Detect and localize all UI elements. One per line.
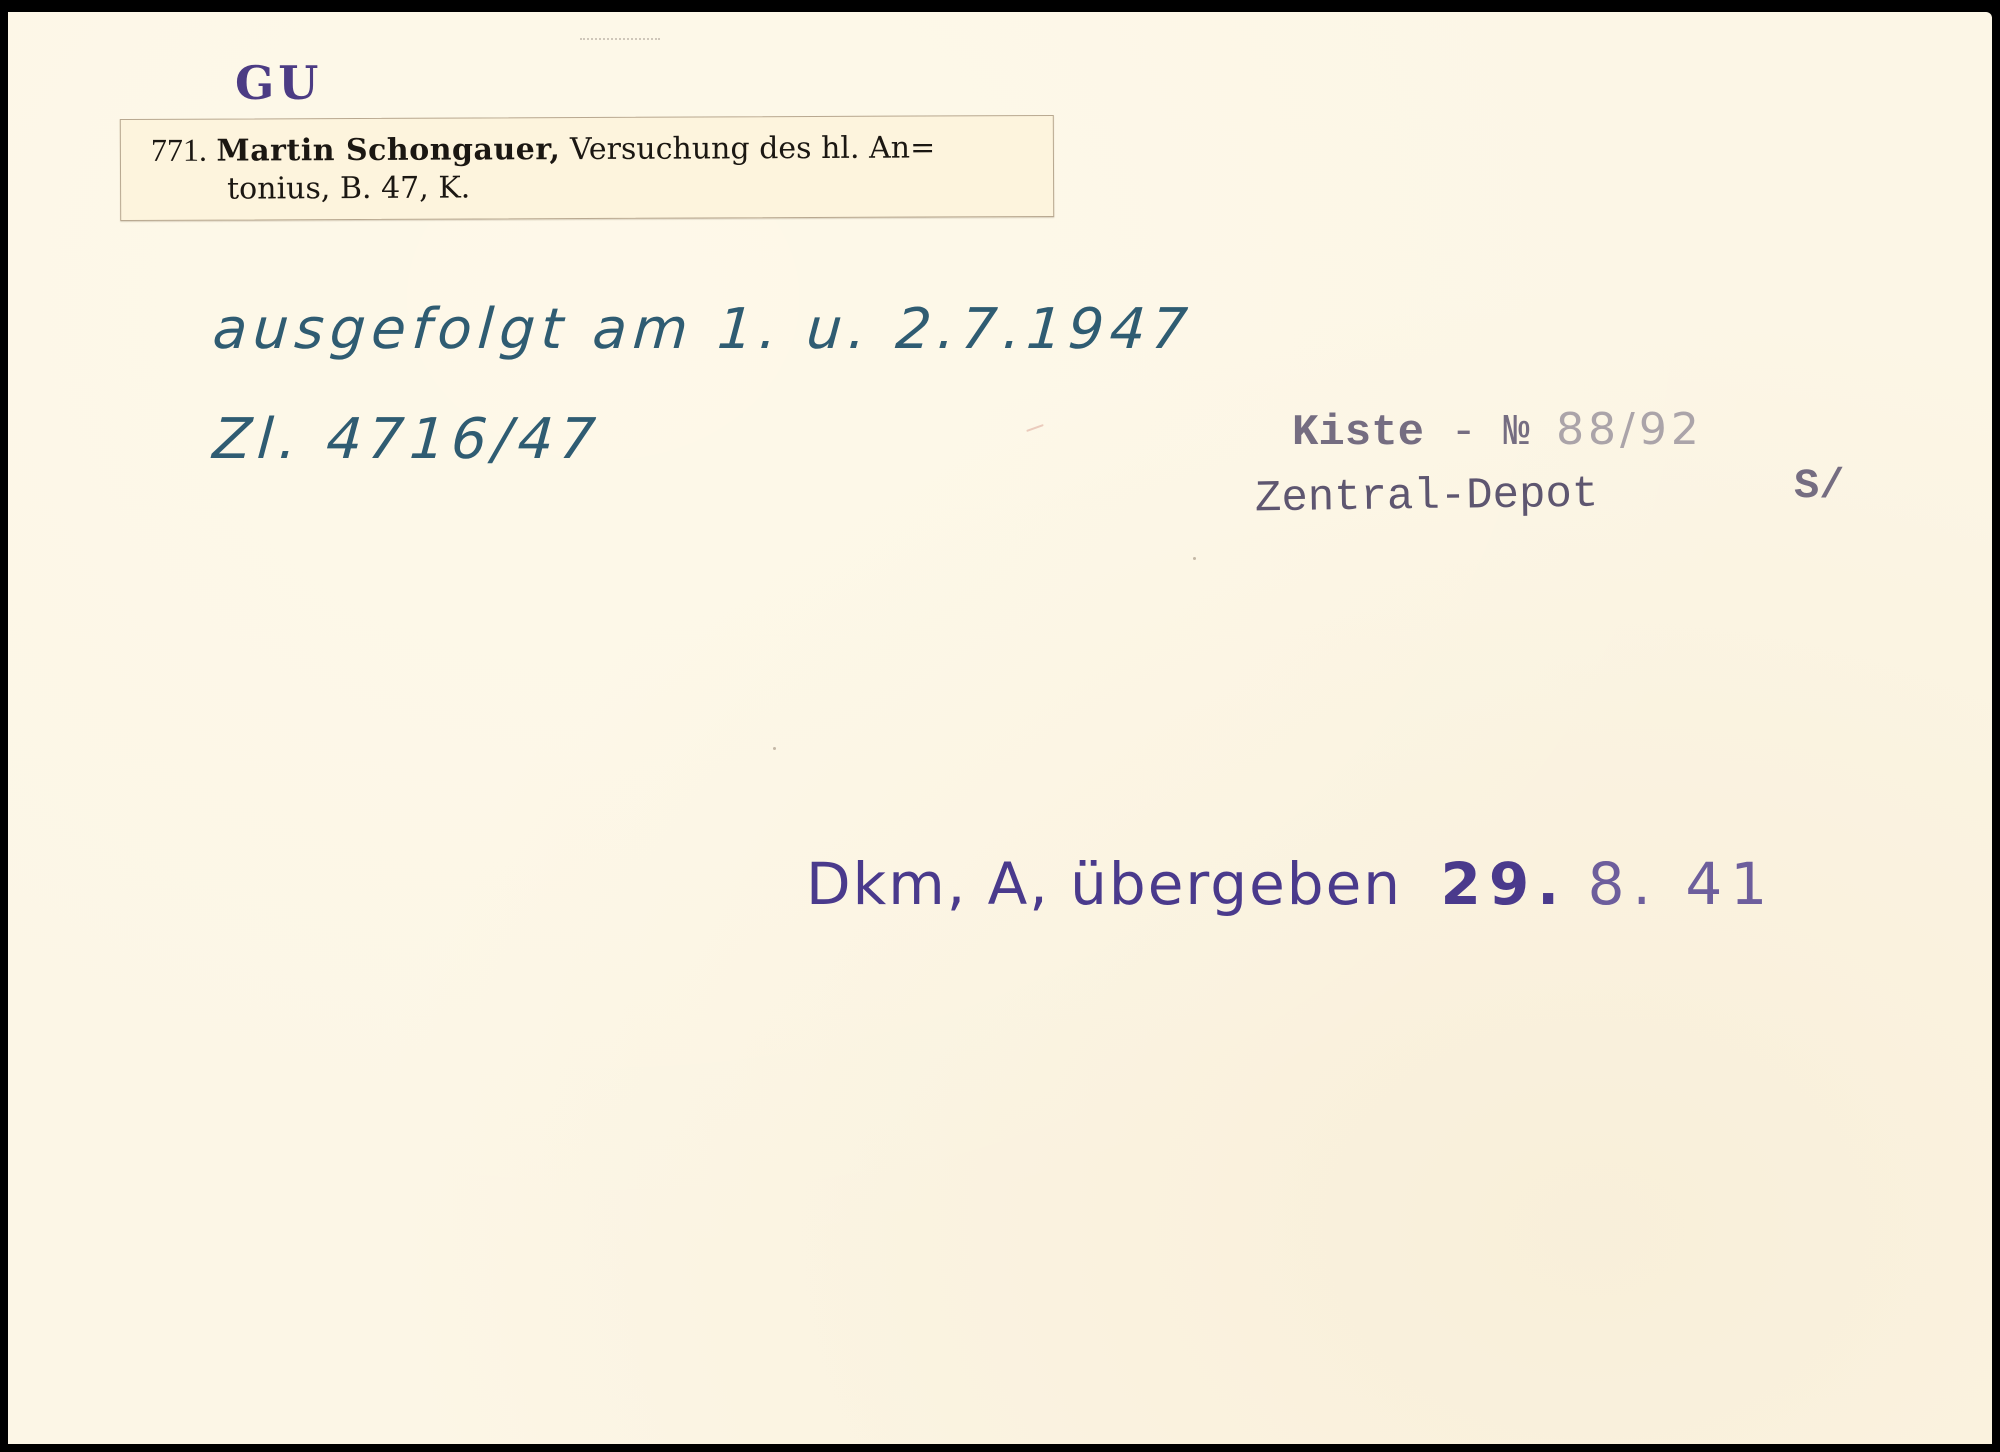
handwritten-file-number: Zl. 4716/47 [211,407,604,472]
paper-mark [1026,424,1044,432]
label-line-2: tonius, B. 47, K. [227,171,470,207]
transfer-date-rest: 8. 41 [1588,850,1776,918]
kiste-number: 88/92 [1556,404,1703,455]
transfer-stamp: Dkm, A, übergeben 29. 8. 41 [806,850,1775,918]
faint-marks [580,38,660,44]
paper-speck [773,747,776,750]
index-card: GU 771. Martin Schongauer, Versuchung de… [8,12,1992,1444]
kiste-stamp: Kiste - № 88/92 [1292,404,1703,458]
title-line-2: tonius, B. 47, K. [227,171,470,207]
catalogue-number: 771. [151,132,207,168]
paper-speck [1193,557,1196,560]
kiste-label: Kiste [1292,408,1424,458]
handwritten-release-note: ausgefolgt am 1. u. 2.7.1947 [211,297,1196,362]
label-line-1: 771. Martin Schongauer, Versuchung des h… [151,128,935,168]
transfer-text: Dkm, A, übergeben [806,850,1402,918]
initials-stamp: S/ [1794,462,1844,510]
kiste-separator: - № [1450,408,1529,458]
gu-stamp: GU [235,56,322,110]
zentral-depot-stamp: Zentral-Depot [1255,470,1599,525]
transfer-date-day: 29. [1440,850,1567,918]
title-line-1: Versuchung des hl. An= [570,130,935,167]
artist-name: Martin Schongauer, [216,132,560,169]
catalogue-label: 771. Martin Schongauer, Versuchung des h… [120,115,1054,221]
